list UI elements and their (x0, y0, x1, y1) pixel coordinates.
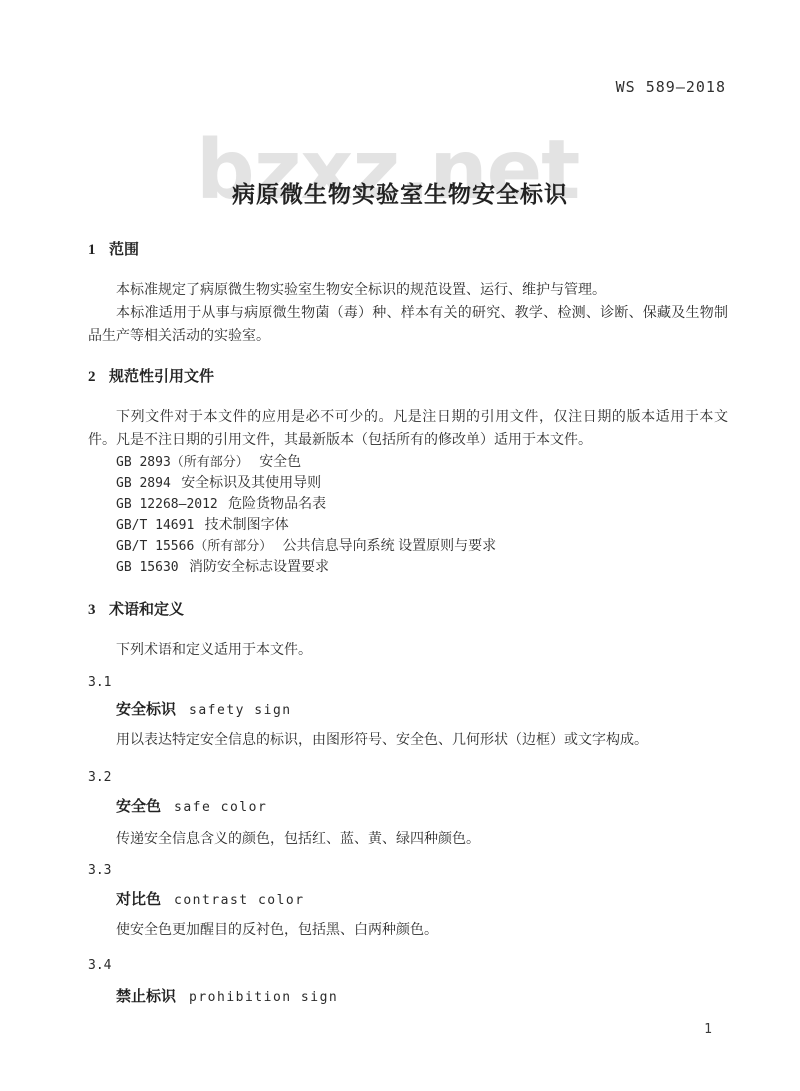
reference-name: 公共信息导向系统 设置原则与要求 (283, 539, 497, 554)
section-1-number: 1 (88, 239, 96, 262)
reference-code: GB/T 15566（所有部分） (116, 539, 272, 554)
list-item: GB 2893（所有部分）安全色 (88, 452, 728, 473)
reference-code: GB 15630 (116, 560, 179, 575)
term-3-4-number: 3.4 (88, 954, 728, 977)
term-zh: 安全色 (116, 799, 161, 815)
list-item: GB 12268—2012危险货物品名表 (88, 494, 728, 515)
term-3-4-name: 禁止标识prohibition sign (88, 986, 728, 1009)
reference-code: GB 2893（所有部分） (116, 455, 249, 470)
term-zh: 安全标识 (116, 702, 176, 718)
term-en: safe color (174, 800, 267, 815)
terms-intro: 下列术语和定义适用于本文件。 (88, 639, 728, 662)
term-3-3-definition: 使安全色更加醒目的反衬色，包括黑、白两种颜色。 (88, 919, 728, 942)
reference-code: GB 2894 (116, 476, 171, 491)
reference-name: 危险货物品名表 (228, 497, 326, 512)
page-number: 1 (704, 1022, 712, 1037)
section-2-title: 规范性引用文件 (109, 369, 214, 385)
scope-paragraph-2: 本标准适用于从事与病原微生物菌（毒）种、样本有关的研究、教学、检测、诊断、保藏及… (88, 302, 728, 348)
references-intro: 下列文件对于本文件的应用是必不可少的。凡是注日期的引用文件，仅注日期的版本适用于… (88, 406, 728, 452)
term-3-1-definition: 用以表达特定安全信息的标识，由图形符号、安全色、几何形状（边框）或文字构成。 (88, 729, 728, 752)
list-item: GB/T 15566（所有部分）公共信息导向系统 设置原则与要求 (88, 536, 728, 557)
reference-code: GB/T 14691 (116, 518, 194, 533)
list-item: GB 2894安全标识及其使用导则 (88, 473, 728, 494)
document-body: 1范围 本标准规定了病原微生物实验室生物安全标识的规范设置、运行、维护与管理。 … (88, 232, 728, 1009)
scope-paragraph-1: 本标准规定了病原微生物实验室生物安全标识的规范设置、运行、维护与管理。 (88, 279, 728, 302)
section-1-title: 范围 (109, 242, 139, 258)
reference-code: GB 12268—2012 (116, 497, 218, 512)
document-page: WS 589—2018 bzxz.net 病原微生物实验室生物安全标识 1范围 … (0, 0, 800, 1091)
term-3-1-number: 3.1 (88, 671, 728, 694)
section-2-number: 2 (88, 366, 96, 389)
term-3-3-number: 3.3 (88, 859, 728, 882)
term-3-2-name: 安全色safe color (88, 796, 728, 819)
references-list: GB 2893（所有部分）安全色 GB 2894安全标识及其使用导则 GB 12… (88, 452, 728, 578)
term-3-1-name: 安全标识safety sign (88, 699, 728, 722)
list-item: GB/T 14691技术制图字体 (88, 515, 728, 536)
term-zh: 对比色 (116, 892, 161, 908)
reference-name: 安全色 (259, 455, 301, 470)
document-title: 病原微生物实验室生物安全标识 (0, 176, 800, 209)
reference-name: 技术制图字体 (205, 518, 289, 533)
section-1-heading: 1范围 (88, 239, 728, 262)
term-zh: 禁止标识 (116, 989, 176, 1005)
term-3-3-name: 对比色contrast color (88, 889, 728, 912)
list-item: GB 15630消防安全标志设置要求 (88, 557, 728, 578)
term-en: safety sign (189, 703, 292, 718)
section-3-title: 术语和定义 (109, 602, 184, 618)
standard-code: WS 589—2018 (616, 78, 726, 96)
term-en: prohibition sign (189, 990, 338, 1005)
section-2-heading: 2规范性引用文件 (88, 366, 728, 389)
term-en: contrast color (174, 893, 305, 908)
term-3-2-definition: 传递安全信息含义的颜色，包括红、蓝、黄、绿四种颜色。 (88, 828, 728, 851)
section-3-number: 3 (88, 599, 96, 622)
reference-name: 消防安全标志设置要求 (189, 560, 329, 575)
section-3-heading: 3术语和定义 (88, 599, 728, 622)
term-3-2-number: 3.2 (88, 766, 728, 789)
reference-name: 安全标识及其使用导则 (181, 476, 321, 491)
